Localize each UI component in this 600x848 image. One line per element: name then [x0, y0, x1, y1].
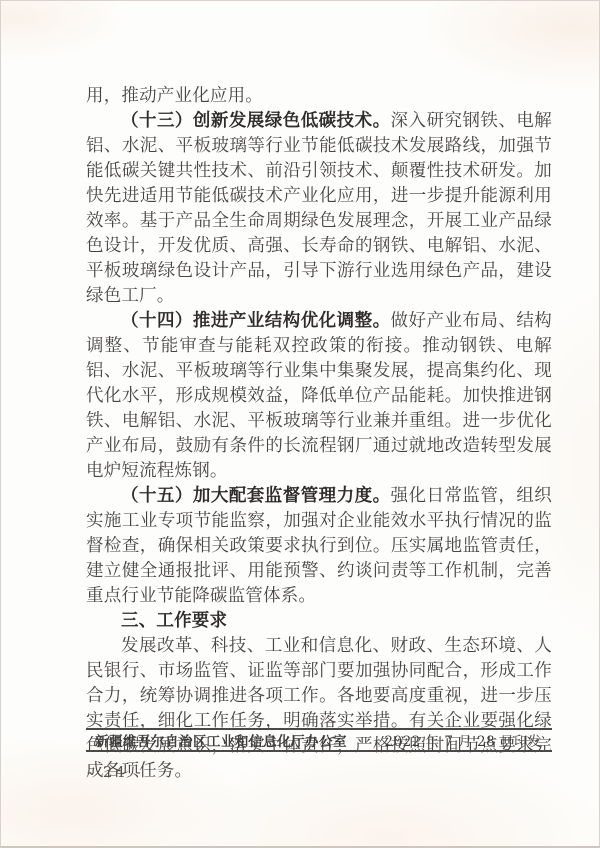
paragraph-item-13: （十三）创新发展绿色低碳技术。深入研究钢铁、电解铝、水泥、平板玻璃等行业节能低碳… [86, 109, 552, 309]
page-number: - 24 - [87, 763, 144, 781]
imprint-issuer: 新疆维吾尔自治区工业和信息化厅办公室 [95, 730, 347, 750]
paragraph-item-15-lead: （十五）加大配套监督管理力度。 [121, 486, 391, 506]
paragraph-item-14-body: 做好产业布局、结构调整、节能审查与能耗双控政策的衔接。推动钢铁、电解铝、水泥、平… [86, 311, 552, 481]
paragraph-item-13-body: 深入研究钢铁、电解铝、水泥、平板玻璃等行业节能低碳技术发展路线，加强节能低碳关键… [86, 111, 552, 306]
paragraph-work-requirements-text: 发展改革、科技、工业和信息化、财政、生态环境、人民银行、市场监管、证监等部门要加… [86, 636, 552, 781]
paragraph-continuation-text: 用，推动产业化应用。 [86, 86, 263, 106]
section-heading-work-requirements: 三、工作要求 [86, 609, 552, 634]
paragraph-item-14-lead: （十四）推进产业结构优化调整。 [121, 311, 391, 331]
paragraph-item-14: （十四）推进产业结构优化调整。做好产业布局、结构调整、节能审查与能耗双控政策的衔… [86, 309, 552, 484]
document-body: 用，推动产业化应用。 （十三）创新发展绿色低碳技术。深入研究钢铁、电解铝、水泥、… [86, 84, 552, 784]
imprint-date: 2022 年 7 月 28 日印发 [384, 730, 542, 750]
paragraph-continuation: 用，推动产业化应用。 [86, 84, 552, 109]
paragraph-item-15: （十五）加大配套监督管理力度。强化日常监管，组织实施工业专项节能监察，加强对企业… [86, 484, 552, 609]
imprint-footer: 新疆维吾尔自治区工业和信息化厅办公室 2022 年 7 月 28 日印发 [86, 728, 552, 752]
scanned-document-page: 用，推动产业化应用。 （十三）创新发展绿色低碳技术。深入研究钢铁、电解铝、水泥、… [0, 0, 600, 848]
paragraph-work-requirements: 发展改革、科技、工业和信息化、财政、生态环境、人民银行、市场监管、证监等部门要加… [86, 634, 552, 784]
paragraph-item-13-lead: （十三）创新发展绿色低碳技术。 [121, 111, 391, 131]
